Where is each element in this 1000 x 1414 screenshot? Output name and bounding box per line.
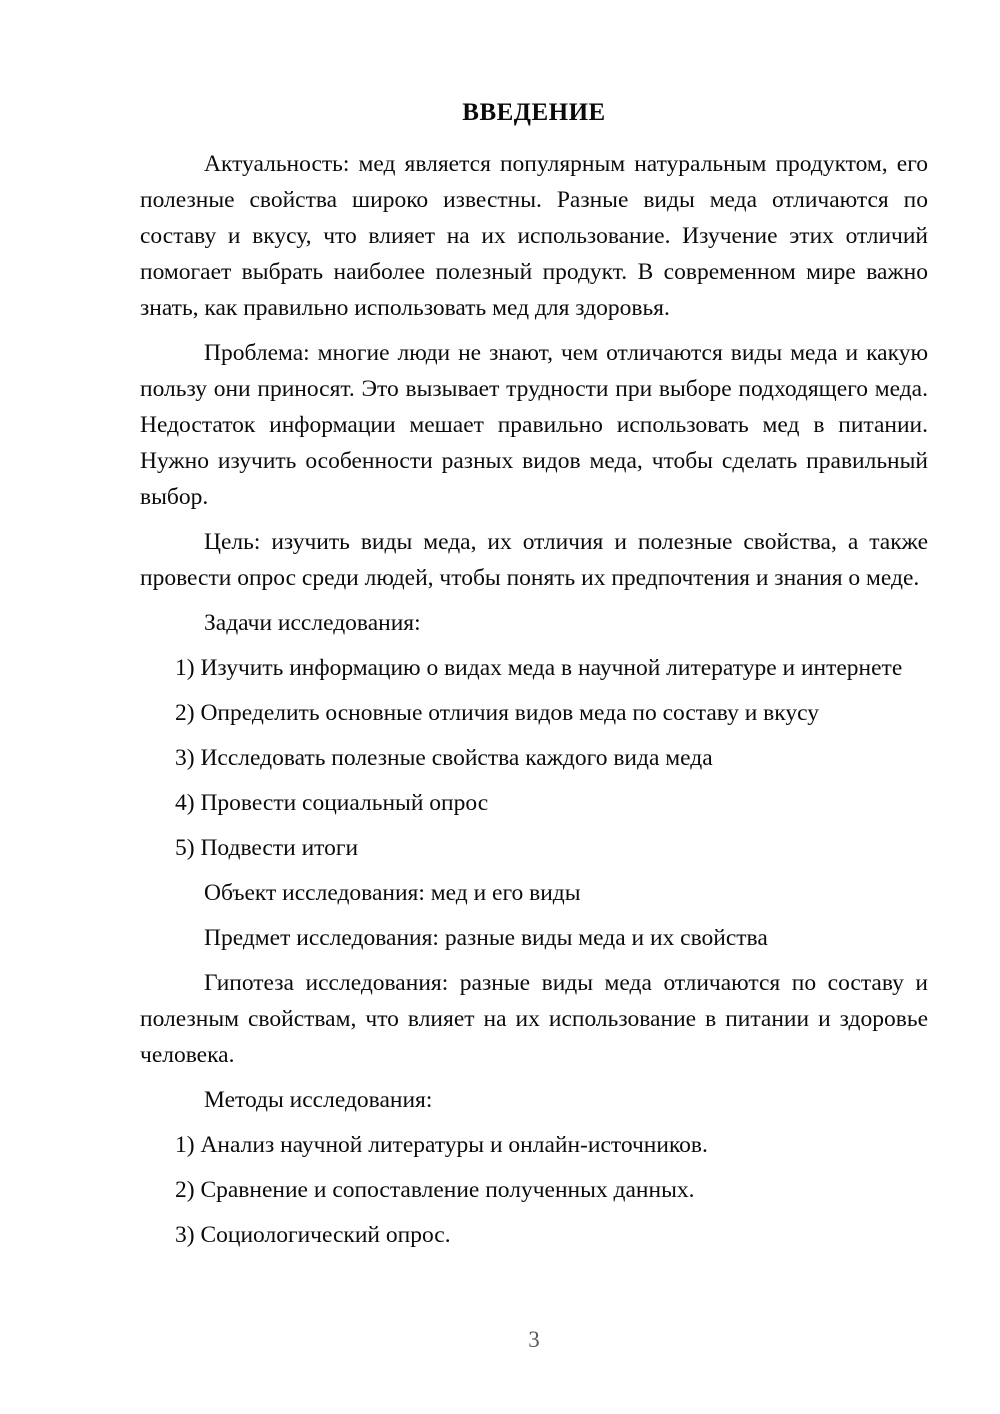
task-item-3: 3) Исследовать полезные свойства каждого… (140, 740, 928, 776)
task-item-1: 1) Изучить информацию о видах меда в нау… (140, 650, 928, 686)
method-item-3: 3) Социологический опрос. (140, 1217, 928, 1253)
paragraph-hypothesis: Гипотеза исследования: разные виды меда … (140, 965, 928, 1073)
paragraph-goal: Цель: изучить виды меда, их отличия и по… (140, 524, 928, 596)
page-number: 3 (140, 1322, 928, 1358)
paragraph-object: Объект исследования: мед и его виды (140, 875, 928, 911)
paragraph-problem: Проблема: многие люди не знают, чем отли… (140, 335, 928, 515)
method-item-1: 1) Анализ научной литературы и онлайн-ис… (140, 1127, 928, 1163)
page-title: ВВЕДЕНИЕ (140, 95, 928, 131)
task-item-5: 5) Подвести итоги (140, 830, 928, 866)
method-item-2: 2) Сравнение и сопоставление полученных … (140, 1172, 928, 1208)
paragraph-subject: Предмет исследования: разные виды меда и… (140, 920, 928, 956)
paragraph-relevance: Актуальность: мед является популярным на… (140, 146, 928, 326)
heading-tasks: Задачи исследования: (140, 605, 928, 641)
task-item-4: 4) Провести социальный опрос (140, 785, 928, 821)
task-item-2: 2) Определить основные отличия видов мед… (140, 695, 928, 731)
document-page: ВВЕДЕНИЕ Актуальность: мед является попу… (0, 0, 1000, 1414)
heading-methods: Методы исследования: (140, 1082, 928, 1118)
